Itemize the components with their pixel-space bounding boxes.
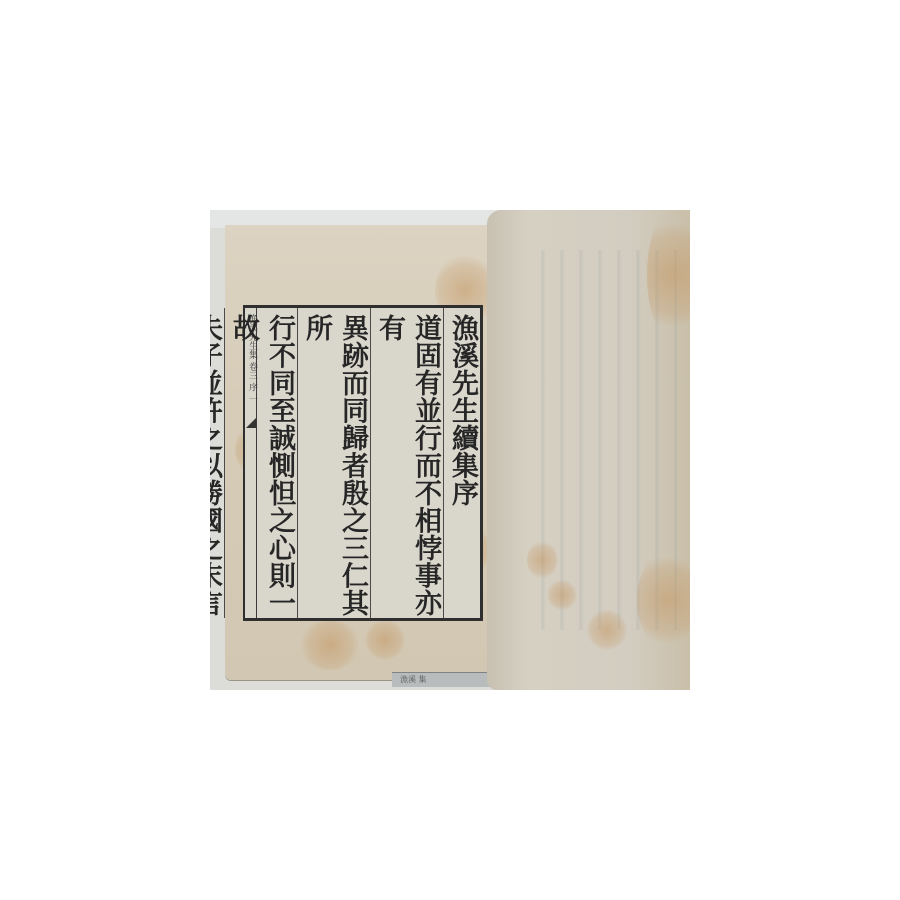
text-column: 道固有並行而不相悖事亦有 (370, 308, 443, 618)
water-stain (647, 210, 690, 340)
text-column: 夫子並許之以勝國之末言之 (210, 308, 224, 618)
water-stain (637, 550, 690, 650)
text-columns: 漁溪先生續集序 道固有並行而不相悖事亦有 異跡而同歸者殷之三仁其所 行不同至誠惻… (257, 308, 480, 618)
text-column: 行不同至誠惻怛之心則一故 (224, 308, 297, 618)
water-stain (527, 540, 557, 580)
water-stain (547, 580, 577, 610)
bookmark-label: 漁溪 集 (400, 673, 427, 687)
water-stain (587, 610, 627, 650)
preface-title: 漁溪先生續集序 (444, 308, 480, 618)
text-column: 異跡而同歸者殷之三仁其所 (297, 308, 370, 618)
right-page (487, 210, 690, 690)
water-stain (300, 620, 360, 670)
book-photo: 漁溪先生集 卷三 序 一 漁溪先生續集序 道固有並行而不相悖事亦有 異跡而同歸者… (210, 210, 690, 690)
column-text: 行不同至誠惻怛之心則一故 (225, 308, 297, 618)
column-text: 夫子並許之以勝國之末言之 (210, 308, 224, 618)
column-text: 道固有並行而不相悖事亦有 (371, 308, 443, 618)
water-stain (365, 620, 405, 660)
column-text: 異跡而同歸者殷之三仁其所 (298, 308, 370, 618)
text-frame: 漁溪先生集 卷三 序 一 漁溪先生續集序 道固有並行而不相悖事亦有 異跡而同歸者… (243, 305, 483, 621)
bookmark-slip: 漁溪 集 (392, 672, 496, 687)
text-column-title: 漁溪先生續集序 (443, 308, 480, 618)
left-page: 漁溪先生集 卷三 序 一 漁溪先生續集序 道固有並行而不相悖事亦有 異跡而同歸者… (225, 225, 493, 680)
